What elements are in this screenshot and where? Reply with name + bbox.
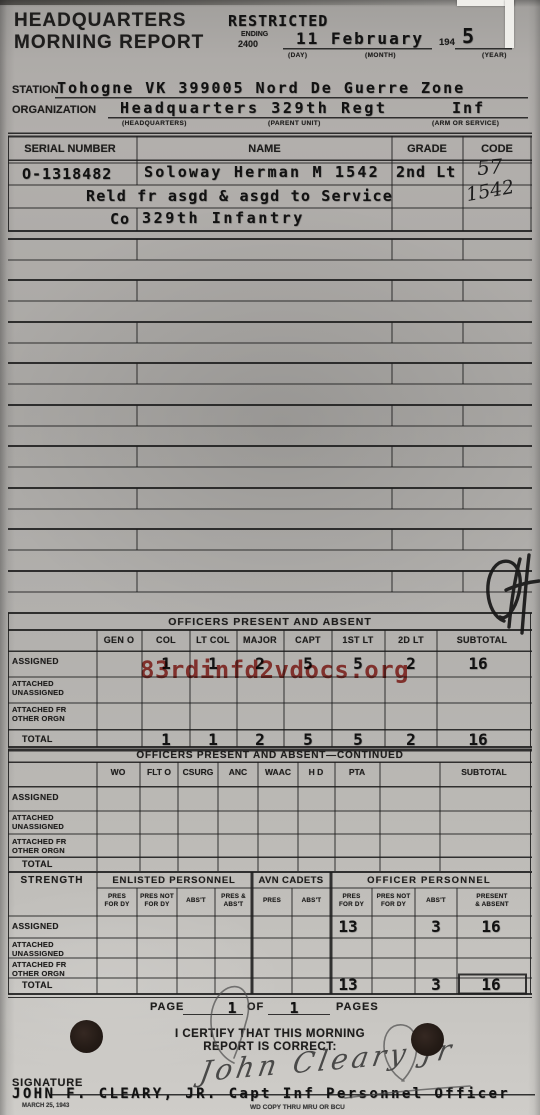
sub-avn-abst: ABS'T	[293, 897, 330, 904]
col-header-1st-lt: 1ST LT	[335, 635, 381, 645]
off-total-present-absent: 16	[469, 975, 513, 994]
sub-off-abst: ABS'T	[416, 897, 456, 904]
entry-grade: 2nd Lt	[396, 163, 456, 181]
ending-time: 2400	[238, 39, 258, 49]
sub-enl-presabst-bot: ABS'T	[216, 901, 251, 908]
station-value: Tohogne VK 399005 Nord De Guerre Zone	[57, 79, 465, 97]
row-label-assigned-2: ASSIGNED	[12, 792, 59, 802]
year-caption: (YEAR)	[482, 52, 507, 59]
form-date-print: MARCH 25, 1943	[22, 1103, 69, 1109]
page-number: 1	[222, 999, 242, 1017]
col-header-name: NAME	[187, 143, 342, 155]
col-header-gen-o: GEN O	[96, 635, 142, 645]
sub-off-present-bot: & ABSENT	[458, 901, 526, 908]
certify-line1: I CERTIFY THAT THIS MORNING	[150, 1028, 390, 1040]
day-caption: (DAY)	[288, 52, 307, 59]
row-label-assigned-3: ASSIGNED	[12, 921, 59, 931]
col-header-anc: ANC	[216, 767, 260, 777]
group-officer-personnel: OFFICER PERSONNEL	[334, 875, 524, 886]
col-header-csurg: CSURG	[176, 767, 220, 777]
copy-routing-note: WD COPY THRU MRU OR BCU	[250, 1104, 345, 1111]
row-label-attached-2: ATTACHED	[12, 813, 54, 822]
sub-enl-presnot-top: PRES NOT	[138, 893, 176, 900]
restricted-stamp: RESTRICTED	[228, 12, 328, 30]
year-digit: 5	[462, 24, 474, 48]
row-label-attached-fr-2: ATTACHED FR	[12, 837, 66, 846]
sub-enl-presnot-bot: FOR DY	[138, 901, 176, 908]
row-label-other-orgn-3: OTHER ORGN	[12, 969, 65, 978]
station-label: STATION	[12, 84, 59, 96]
off-total-pres-for-dy: 13	[326, 975, 370, 994]
col-header-subtotal: SUBTOTAL	[452, 635, 512, 645]
typed-signature-name: JOHN F. CLEARY, JR. Capt Inf Personnel O…	[12, 1086, 510, 1102]
headquarters-caption: (HEADQUARTERS)	[122, 120, 187, 127]
crop-mark-vertical	[505, 0, 514, 48]
arm-of-service-value: Inf	[452, 99, 485, 117]
sub-off-pres-fordy-bot: FOR DY	[332, 901, 371, 908]
off-total-abst: 3	[414, 975, 458, 994]
col-header-serial-number: SERIAL NUMBER	[10, 143, 130, 155]
total-1st-lt: 5	[336, 730, 380, 749]
punch-hole-left	[70, 1020, 103, 1053]
off-assigned-pres-for-dy: 13	[326, 917, 370, 936]
pages-number: 1	[284, 999, 304, 1017]
sub-off-present-top: PRESENT	[458, 893, 526, 900]
page-label: PAGE	[150, 1001, 184, 1013]
sub-enl-abst: ABS'T	[178, 897, 214, 904]
total-capt: 5	[286, 730, 330, 749]
strength-label: STRENGTH	[12, 875, 92, 886]
sub-enl-presabst-top: PRES &	[216, 893, 251, 900]
entry-serial-number: O-1318482	[22, 165, 112, 183]
row-label-unassigned-2: UNASSIGNED	[12, 822, 64, 831]
off-assigned-abst: 3	[414, 917, 458, 936]
row-label-attached: ATTACHED	[12, 679, 54, 688]
col-header-h-d: H D	[294, 767, 338, 777]
entry-code-handwritten: 57	[476, 154, 503, 180]
row-label-attached-fr-3: ATTACHED FR	[12, 960, 66, 969]
entry-remark-line1: Reld fr asgd & asgd to Service	[86, 187, 393, 205]
scan-top-edge	[0, 0, 462, 5]
total-major: 2	[238, 730, 282, 749]
col-header-wo: WO	[96, 767, 140, 777]
sub-off-presnot-bot: FOR DY	[373, 901, 414, 908]
total-lt-col: 1	[191, 730, 235, 749]
group-enlisted-personnel: ENLISTED PERSONNEL	[99, 875, 249, 886]
row-label-assigned: ASSIGNED	[12, 656, 59, 666]
sub-off-presnot-top: PRES NOT	[373, 893, 414, 900]
officers-continued-title: OFFICERS PRESENT AND ABSENT—CONTINUED	[100, 750, 440, 761]
total-2d-lt: 2	[389, 730, 433, 749]
off-assigned-present-absent: 16	[469, 917, 513, 936]
group-avn-cadets: AVN CADETS	[253, 875, 329, 886]
parent-unit-caption: (PARENT UNIT)	[268, 120, 321, 127]
sub-enl-pres-fordy-top: PRES	[98, 893, 136, 900]
row-label-attached-fr: ATTACHED FR	[12, 705, 66, 714]
col-header-code: CODE	[465, 143, 529, 155]
row-label-unassigned-3: UNASSIGNED	[12, 949, 64, 958]
punch-hole-right	[411, 1023, 444, 1056]
entry-name: Soloway Herman M 1542	[144, 163, 380, 181]
col-header-pta: PTA	[335, 767, 379, 777]
morning-report-document: HEADQUARTERS MORNING REPORT RESTRICTED E…	[0, 0, 540, 1115]
col-header-lt-col: LT COL	[190, 635, 236, 645]
sub-avn-pres: PRES	[253, 897, 291, 904]
col-header-subtotal-2: SUBTOTAL	[454, 767, 514, 777]
total-col: 1	[144, 730, 188, 749]
organization-value: Headquarters 329th Regt	[120, 99, 388, 117]
row-label-unassigned: UNASSIGNED	[12, 688, 64, 697]
row-label-total-2: TOTAL	[22, 859, 53, 869]
ending-label: ENDING	[241, 31, 268, 38]
page-subtitle: MORNING REPORT	[14, 32, 204, 54]
month-caption: (MONTH)	[365, 52, 396, 59]
col-header-flt-o: FLT O	[137, 767, 181, 777]
col-header-major: MAJOR	[237, 635, 283, 645]
report-date: 11 February	[296, 29, 424, 48]
sub-off-pres-fordy-top: PRES	[332, 893, 371, 900]
organization-label: ORGANIZATION	[12, 104, 96, 116]
officers-table-title: OFFICERS PRESENT AND ABSENT	[120, 616, 420, 628]
sub-enl-pres-fordy-bot: FOR DY	[98, 901, 136, 908]
row-label-other-orgn: OTHER ORGN	[12, 714, 65, 723]
row-label-total: TOTAL	[22, 734, 53, 744]
col-header-grade: GRADE	[394, 143, 460, 155]
of-label: OF	[247, 1001, 264, 1013]
year-prefix: 194	[439, 37, 455, 48]
page-title: HEADQUARTERS	[14, 10, 186, 32]
total-subtotal: 16	[456, 730, 500, 749]
watermark: 83rdinfd2vdocs.org	[140, 656, 409, 684]
entry-remark-line2a: Co	[110, 210, 130, 228]
row-label-total-3: TOTAL	[22, 980, 53, 990]
arm-or-service-caption: (ARM OR SERVICE)	[432, 120, 499, 127]
row-label-other-orgn-2: OTHER ORGN	[12, 846, 65, 855]
col-header-col: COL	[143, 635, 189, 645]
row-label-attached-3: ATTACHED	[12, 940, 54, 949]
col-header-capt: CAPT	[285, 635, 331, 645]
entry-remark-line2b: 329th Infantry	[142, 209, 305, 227]
pages-label: PAGES	[336, 1001, 379, 1013]
assigned-subtotal: 16	[456, 654, 500, 673]
col-header-2d-lt: 2D LT	[388, 635, 434, 645]
